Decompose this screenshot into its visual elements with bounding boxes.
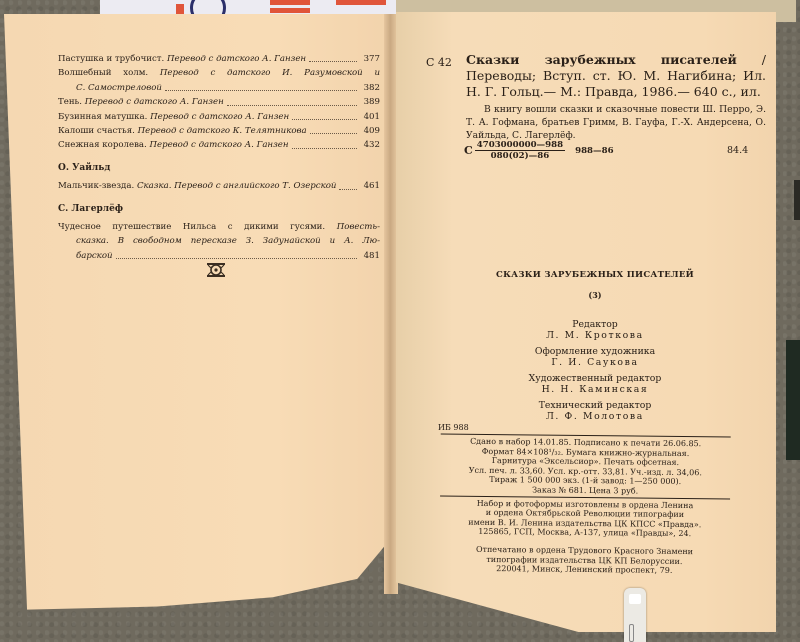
toc-entry: Чудесное путешествие Нильса с дикими гус… <box>58 220 380 263</box>
toc-entry-text: сказка. В свободном пересказе З. Задунай… <box>76 236 380 246</box>
toc-entry-text: С. Самостреловой <box>76 81 162 95</box>
book-gutter <box>384 14 398 594</box>
fraction-prefix: С <box>464 144 473 157</box>
credit-role: Редактор <box>470 319 720 330</box>
credit-role: Технический редактор <box>470 400 720 411</box>
vignette-ornament-icon <box>206 262 226 278</box>
toc-entry: Волшебный холм. Перевод с датского И. Ра… <box>58 66 380 95</box>
fraction-denominator: 080(02)—86 <box>475 151 565 161</box>
series-number: (3) <box>570 290 620 300</box>
credit-name: Л. Ф. Молотова <box>470 411 720 422</box>
toc-entry-text: Снежная королева. Перевод с датского А. … <box>58 138 289 152</box>
credit-role: Художественный редактор <box>470 373 720 384</box>
bbk-code: 84.4 <box>727 145 748 156</box>
fraction-suffix: 988—86 <box>575 146 614 156</box>
leader-dots <box>309 61 357 62</box>
toc-page-number: 481 <box>360 249 380 263</box>
background-stripe <box>270 0 310 5</box>
leader-dots <box>292 148 357 149</box>
toc-page-number: 377 <box>360 52 380 66</box>
background-stripe <box>270 8 310 13</box>
book-title: Сказки зарубежных писателей <box>466 52 737 67</box>
ib-number: ИБ 988 <box>438 423 469 432</box>
printer-line: 125865, ГСП, Москва, А-137, улица «Правд… <box>440 527 730 540</box>
plastic-clip <box>624 588 646 642</box>
toc-entry-text: барской <box>76 249 113 263</box>
credit-editor: Редактор Л. М. Кроткова <box>470 319 720 341</box>
toc-page-number: 389 <box>360 95 380 109</box>
bibliographic-entry: Сказки зарубежных писателей / Переводы; … <box>466 52 766 100</box>
imprint: Сдано в набор 14.01.85. Подписано к печа… <box>439 432 730 576</box>
toc-page-number: 432 <box>360 138 380 152</box>
toc-entry: Тень. Перевод с датского А. Ганзен 389 <box>58 95 380 109</box>
series-title: СКАЗКИ ЗАРУБЕЖНЫХ ПИСАТЕЛЕЙ <box>470 270 720 280</box>
credits: Редактор Л. М. Кроткова Оформление худож… <box>470 319 720 427</box>
toc-entry-text: Бузинная матушка. Перевод с датского А. … <box>58 110 289 124</box>
toc-page-number: 409 <box>360 124 380 138</box>
leader-dots <box>116 258 357 259</box>
credit-tech-editor: Технический редактор Л. Ф. Молотова <box>470 400 720 422</box>
credit-name: Н. Н. Каминская <box>470 384 720 395</box>
toc-page-number: 461 <box>360 179 380 193</box>
leader-dots <box>310 133 357 134</box>
index-fraction: С 4703000000—988 080(02)—86 988—86 <box>464 140 614 161</box>
leader-dots <box>227 105 357 106</box>
leader-dots <box>339 189 357 190</box>
toc-entry-text: Чудесное путешествие Нильса с дикими гус… <box>58 220 380 234</box>
toc-entry-text: Калоши счастья. Перевод с датского К. Те… <box>58 124 307 138</box>
toc-page-number: 401 <box>360 110 380 124</box>
leader-dots <box>292 119 357 120</box>
toc-entry: Снежная королева. Перевод с датского А. … <box>58 138 380 152</box>
toc-entry-text: Волшебный холм. Перевод с датского И. Ра… <box>58 66 380 80</box>
credit-role: Оформление художника <box>470 346 720 357</box>
leader-dots <box>165 90 357 91</box>
credit-design: Оформление художника Г. И. Саукова <box>470 346 720 368</box>
toc-page-number: 382 <box>360 81 380 95</box>
clip-wire <box>629 624 634 642</box>
credit-name: Л. М. Кроткова <box>470 330 720 341</box>
toc-entry: Мальчик-звезда. Сказка. Перевод с англий… <box>58 179 380 193</box>
toc-entry: Бузинная матушка. Перевод с датского А. … <box>58 110 380 124</box>
toc-entry: Калоши счастья. Перевод с датского К. Те… <box>58 124 380 138</box>
author-heading: О. Уайльд <box>58 161 380 175</box>
background-object <box>794 180 800 220</box>
annotation: В книгу вошли сказки и сказочные повести… <box>466 103 766 142</box>
fraction-numerator: 4703000000—988 <box>475 140 565 151</box>
toc-entry: Пастушка и трубочист. Перевод с датского… <box>58 52 380 66</box>
catalog-code: С 42 <box>426 56 452 69</box>
author-heading: С. Лагерлёф <box>58 202 380 216</box>
table-of-contents: Пастушка и трубочист. Перевод с датского… <box>58 52 380 263</box>
toc-entry-text: Мальчик-звезда. Сказка. Перевод с англий… <box>58 179 336 193</box>
background-stripe <box>336 0 386 5</box>
credit-art-editor: Художественный редактор Н. Н. Каминская <box>470 373 720 395</box>
background-object <box>786 340 800 460</box>
credit-name: Г. И. Саукова <box>470 357 720 368</box>
toc-entry-text: Тень. Перевод с датского А. Ганзен <box>58 95 224 109</box>
toc-entry-text: Пастушка и трубочист. Перевод с датского… <box>58 52 306 66</box>
